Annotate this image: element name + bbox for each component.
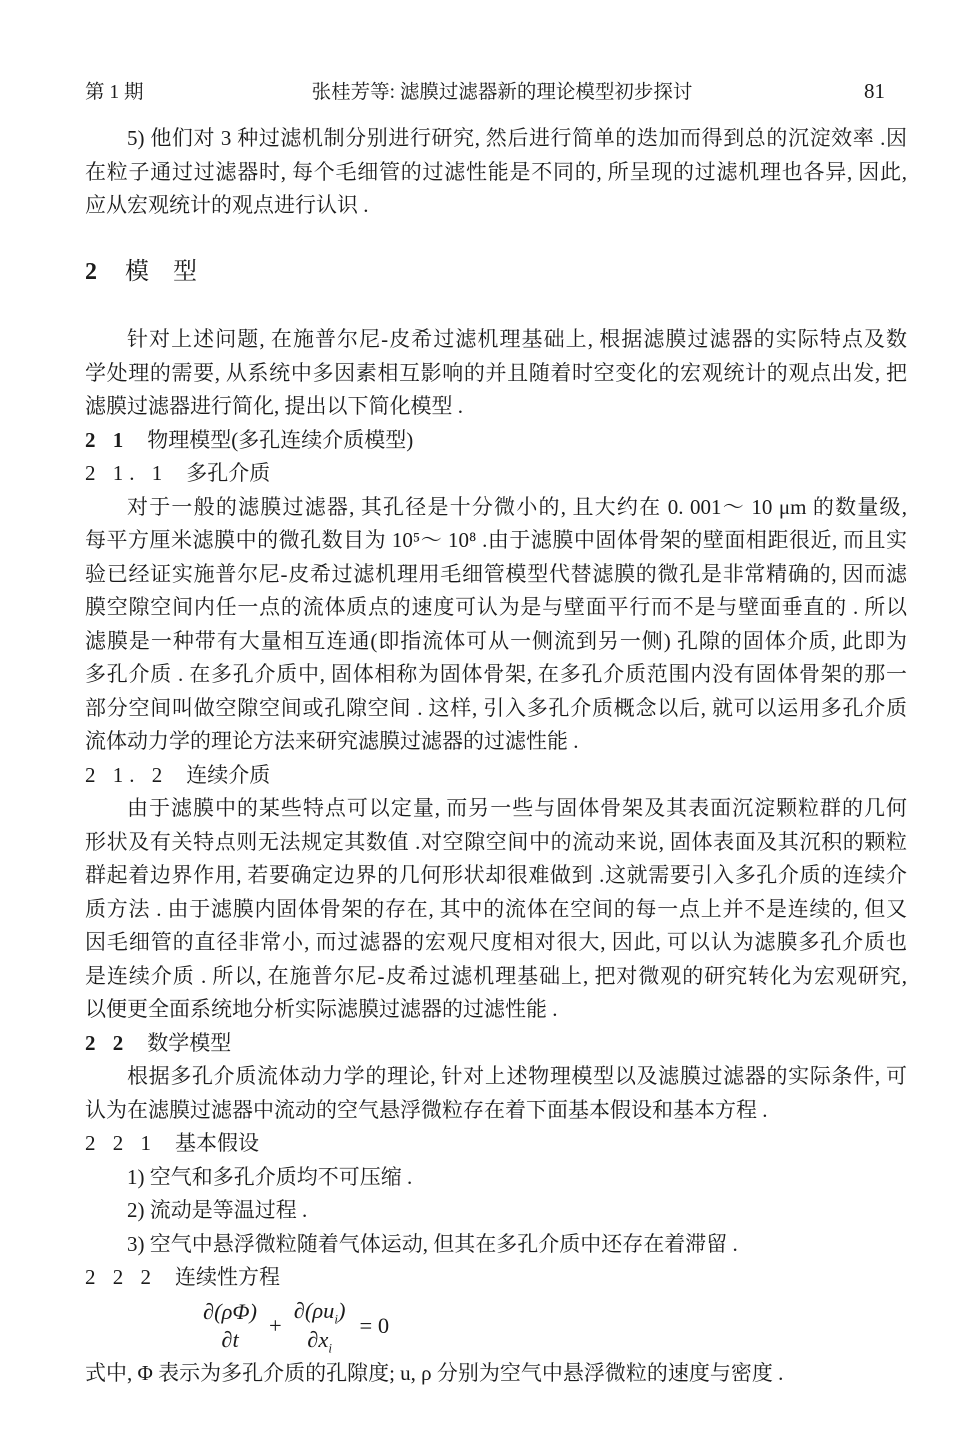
section-heading-model: 2模 型 xyxy=(85,256,907,290)
text-line: 针对上述问题, 在施普尔尼-皮希过滤机理基础上, 根据滤膜过滤器的实际特点及数 xyxy=(85,323,907,357)
text-line: 3) 空气中悬浮微粒随着气体运动, 但其在多孔介质中还存在着滞留 . xyxy=(85,1228,907,1262)
text-line: 2) 流动是等温过程 . xyxy=(85,1194,907,1228)
subsubsection-heading-assumptions: 2 2 1基本假设 xyxy=(85,1127,907,1161)
equation-note: 式中, Φ 表示为多孔介质的孔隙度; u, ρ 分别为空气中悬浮微粒的速度与密度… xyxy=(85,1357,907,1391)
denominator-2-subscript: i xyxy=(328,1340,332,1355)
text-line: 学处理的需要, 从系统中多因素相互影响的并且随着时空变化的宏观统计的观点出发, … xyxy=(85,357,907,391)
text-line: 由于滤膜中的某些特点可以定量, 而另一些与固体骨架及其表面沉淀颗粒群的几何 xyxy=(85,792,907,826)
equation-denominator-2: ∂xi xyxy=(294,1326,346,1355)
text-line: 验已经证实施普尔尼-皮希过滤机理用毛细管模型代替滤膜的微孔是非常精确的, 因而滤 xyxy=(85,558,907,592)
paragraph-model-intro: 针对上述问题, 在施普尔尼-皮希过滤机理基础上, 根据滤膜过滤器的实际特点及数学… xyxy=(85,323,907,424)
subsubsection-number: 2 2 2 xyxy=(85,1265,157,1289)
equation-numerator-2: ∂(ρui) xyxy=(294,1297,346,1326)
text-line: 膜空隙空间内任一点的流体质点的速度可认为是与壁面平行而不是与壁面垂直的 . 所以 xyxy=(85,591,907,625)
subsection-title: 数学模型 xyxy=(147,1031,231,1055)
text-line: 以便更全面系统地分析实际滤膜过滤器的过滤性能 . xyxy=(85,993,907,1027)
continuity-equation: ∂(ρΦ) ∂t + ∂(ρui) ∂xi = 0 xyxy=(85,1295,907,1357)
numerator-2-close: ) xyxy=(338,1298,346,1323)
text-line: 应从宏观统计的观点进行认识 . xyxy=(85,189,907,223)
paragraph-math-model: 根据多孔介质流体动力学的理论, 针对上述物理模型以及滤膜过滤器的实际条件, 可认… xyxy=(85,1060,907,1127)
text-line: 对于一般的滤膜过滤器, 其孔径是十分微小的, 且大约在 0. 001～ 10 μ… xyxy=(85,491,907,525)
subsubsection-heading-continuous-media: 2 1. 2连续介质 xyxy=(85,759,907,793)
text-line: 在粒子通过过滤器时, 每个毛细管的过滤性能是不同的, 所呈现的过滤机理也各异, … xyxy=(85,156,907,190)
plus-operator: + xyxy=(269,1313,282,1339)
page-content: 5) 他们对 3 种过滤机制分别进行研究, 然后进行简单的迭加而得到总的沉淀效率… xyxy=(85,122,907,1390)
text-line: 每平方厘米滤膜中的微孔数目为 10⁵～ 10⁸ .由于滤膜中固体骨架的壁面相距很… xyxy=(85,524,907,558)
text-line: 5) 他们对 3 种过滤机制分别进行研究, 然后进行简单的迭加而得到总的沉淀效率… xyxy=(85,122,907,156)
equation-fraction-1: ∂(ρΦ) ∂t xyxy=(203,1298,257,1354)
text-line: 1) 空气和多孔介质均不可压缩 . xyxy=(85,1161,907,1195)
numerator-2-main: ∂(ρu xyxy=(294,1298,335,1323)
paragraph-intro: 5) 他们对 3 种过滤机制分别进行研究, 然后进行简单的迭加而得到总的沉淀效率… xyxy=(85,122,907,223)
subsection-title: 物理模型(多孔连续介质模型) xyxy=(147,428,413,452)
page-number: 81 xyxy=(825,79,885,104)
text-line: 质方法 . 由于滤膜内固体骨架的存在, 其中的流体在空间的每一点上并不是连续的,… xyxy=(85,893,907,927)
text-line: 多孔介质 . 在多孔介质中, 固体相称为固体骨架, 在多孔介质范围内没有固体骨架… xyxy=(85,658,907,692)
equation-denominator-1: ∂t xyxy=(203,1326,257,1354)
subsection-heading-math-model: 2 2数学模型 xyxy=(85,1027,907,1061)
subsubsection-number: 2 1. 2 xyxy=(85,763,168,787)
text-line: 部分空间叫做空隙空间或孔隙空间 . 这样, 引入多孔介质概念以后, 就可以运用多… xyxy=(85,692,907,726)
denominator-2-main: ∂x xyxy=(307,1327,328,1352)
section-number: 2 xyxy=(85,259,97,285)
subsubsection-title: 连续性方程 xyxy=(175,1265,280,1289)
text-line: 形状及有关特点则无法规定其数值 .对空隙空间中的流动来说, 固体表面及其沉积的颗… xyxy=(85,826,907,860)
equation-rhs: = 0 xyxy=(360,1313,390,1339)
subsection-number: 2 1 xyxy=(85,428,129,452)
subsection-heading-physical-model: 2 1物理模型(多孔连续介质模型) xyxy=(85,424,907,458)
equation-fraction-2: ∂(ρui) ∂xi xyxy=(294,1297,346,1354)
page-header: 第 1 期 张桂芳等: 滤膜过滤器新的理论模型初步探讨 81 xyxy=(85,76,885,104)
text-line: 流体动力学的理论方法来研究滤膜过滤器的过滤性能 . xyxy=(85,725,907,759)
subsubsection-title: 多孔介质 xyxy=(186,461,270,485)
text-line: 认为在滤膜过滤器中流动的空气悬浮微粒存在着下面基本假设和基本方程 . xyxy=(85,1094,907,1128)
document-page: 第 1 期 张桂芳等: 滤膜过滤器新的理论模型初步探讨 81 5) 他们对 3 … xyxy=(0,0,967,1429)
text-line: 是连续介质 . 所以, 在施普尔尼-皮希过滤机理基础上, 把对微观的研究转化为宏… xyxy=(85,960,907,994)
paragraph-porous-media: 对于一般的滤膜过滤器, 其孔径是十分微小的, 且大约在 0. 001～ 10 μ… xyxy=(85,491,907,759)
journal-issue: 第 1 期 xyxy=(85,76,215,104)
subsubsection-heading-porous-media: 2 1. 1多孔介质 xyxy=(85,457,907,491)
spacer xyxy=(85,223,907,257)
subsubsection-heading-continuity-equation: 2 2 2连续性方程 xyxy=(85,1261,907,1295)
subsection-number: 2 2 xyxy=(85,1031,129,1055)
section-title: 模 型 xyxy=(125,259,197,285)
assumption-list: 1) 空气和多孔介质均不可压缩 .2) 流动是等温过程 .3) 空气中悬浮微粒随… xyxy=(85,1161,907,1262)
subsubsection-number: 2 1. 1 xyxy=(85,461,168,485)
paragraph-continuous-media: 由于滤膜中的某些特点可以定量, 而另一些与固体骨架及其表面沉淀颗粒群的几何形状及… xyxy=(85,792,907,1027)
text-line: 滤膜过滤器进行简化, 提出以下简化模型 . xyxy=(85,390,907,424)
text-line: 因毛细管的直径非常小, 而过滤器的宏观尺度相对很大, 因此, 可以认为滤膜多孔介… xyxy=(85,926,907,960)
subsubsection-title: 连续介质 xyxy=(186,763,270,787)
spacer xyxy=(85,290,907,324)
text-line: 根据多孔介质流体动力学的理论, 针对上述物理模型以及滤膜过滤器的实际条件, 可 xyxy=(85,1060,907,1094)
subsubsection-number: 2 2 1 xyxy=(85,1131,157,1155)
equation-numerator-1: ∂(ρΦ) xyxy=(203,1298,257,1326)
subsubsection-title: 基本假设 xyxy=(175,1131,259,1155)
text-line: 群起着边界作用, 若要确定边界的几何形状却很难做到 .这就需要引入多孔介质的连续… xyxy=(85,859,907,893)
text-line: 滤膜是一种带有大量相互连通(即指流体可从一侧流到另一侧) 孔隙的固体介质, 此即… xyxy=(85,625,907,659)
running-title: 张桂芳等: 滤膜过滤器新的理论模型初步探讨 xyxy=(197,76,807,104)
